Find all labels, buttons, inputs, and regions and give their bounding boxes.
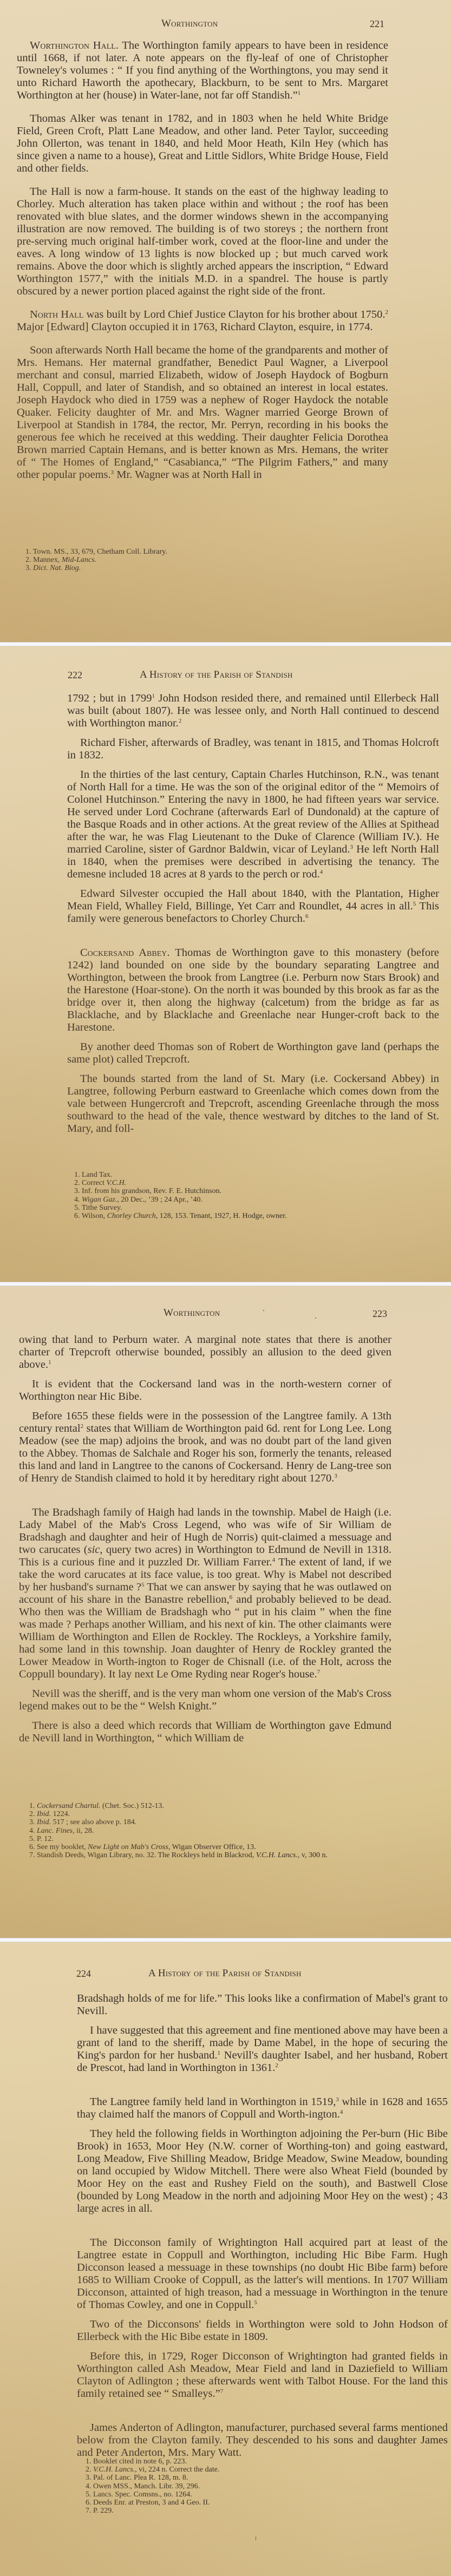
paragraph-cockersand-abbey: Cockersand Abbey. Thomas de Worthington … <box>67 947 439 1034</box>
italic-text: Lanc. Fines <box>37 1827 73 1835</box>
book-page-221: Worthington 221 Worthington Hall. The Wo… <box>0 0 451 642</box>
footnote: 1. Town. MS., 33, 679, Chetham Coll. Lib… <box>25 548 377 556</box>
footnote-ref: 2 <box>179 718 182 724</box>
footnotes: 1. Cockersand Chartul. (Chet. Soc.) 512-… <box>29 1802 392 1859</box>
footnote: 5. Tithe Survey. <box>74 1204 432 1212</box>
footnotes: 1. Land Tax.2. Correct V.C.H.3. Inf. fro… <box>74 1171 432 1220</box>
italic-text: Cockersand Chartul. <box>37 1802 100 1810</box>
footnote-ref: 6 <box>305 913 309 920</box>
footnote-ref: 6 <box>230 1594 233 1601</box>
footnote-ref: 2 <box>81 1423 84 1430</box>
footnote-ref: 3 <box>350 844 353 850</box>
page-number: 223 <box>372 1308 387 1320</box>
paragraph-north-hall: North Hall was built by Lord Chief Justi… <box>17 309 388 333</box>
footnote: 1. Booklet cited in note 6, p. 223. <box>86 2457 437 2466</box>
italic-text: Wigan Gaz. <box>82 1196 117 1204</box>
print-speck <box>263 1310 264 1311</box>
footnote-ref: 5 <box>254 2299 257 2306</box>
page-body: Bradshagh holds of me for life.” This lo… <box>77 1992 448 2459</box>
paragraph-bradshagh-family: The Bradshagh family of Haigh had lands … <box>19 1506 391 1681</box>
paragraph-worthington-hall: Worthington Hall. The Worthington family… <box>17 40 388 102</box>
paragraph-dicconson-family: The Dicconson family of Wrightington Hal… <box>77 2237 448 2311</box>
footnote-ref: 3 <box>111 469 114 476</box>
footnote: 2. Mannex, Mid-Lancs. <box>25 556 377 564</box>
footnote: 5. Lancs. Spec. Comsns., no. 1264. <box>86 2490 437 2499</box>
footnote-ref: 1 <box>48 1359 51 1366</box>
paragraph-continued: Bradshagh holds of me for life.” This lo… <box>77 1992 448 2017</box>
footnotes: 1. Town. MS., 33, 679, Chetham Coll. Lib… <box>25 548 377 573</box>
paragraph-agreement-fine: I have suggested that this agreement and… <box>77 2024 448 2074</box>
page-separator <box>0 1282 451 1286</box>
book-page-223: Worthington 223 owing that land to Perbu… <box>0 1286 451 1938</box>
paragraph-roger-dicconson: Before this, in 1729, Roger Dicconson of… <box>77 2350 448 2400</box>
italic-text: V.C.H. Lancs. <box>93 2466 135 2474</box>
paragraph-dicconson-fields: Two of the Dicconsons' fields in Worthin… <box>77 2318 448 2343</box>
paragraph-captain-hutchinson: In the thirties of the last century, Cap… <box>67 769 439 881</box>
running-head: A History of the Parish of Standish <box>140 669 293 681</box>
page-body: owing that land to Perburn water. A marg… <box>19 1334 391 1745</box>
footnote-ref: 3 <box>334 1473 337 1479</box>
footnote-ref: 5 <box>413 901 416 907</box>
footnote-ref: 7 <box>220 2388 224 2395</box>
paragraph-nevill-sheriff: Nevill was the sheriff, and is the very … <box>19 1688 391 1713</box>
book-page-222: 222 A History of the Parish of Standish … <box>0 646 451 1282</box>
footnote: 2. V.C.H. Lancs., vi, 224 n. Correct the… <box>86 2466 437 2474</box>
footnote-ref: 5 <box>141 1582 145 1588</box>
italic-text: Ibid. <box>37 1818 51 1826</box>
footnote: 4. Wigan Gaz., 20 Dec., ’39 ; 24 Apr., ’… <box>74 1196 432 1204</box>
footnote-ref: 1 <box>152 693 155 699</box>
italic-text: sic <box>88 1544 100 1556</box>
book-page-224: 224 A History of the Parish of Standish … <box>0 1942 451 2576</box>
paragraph-cockersand-land: It is evident that the Cockersand land w… <box>19 1378 391 1403</box>
footnote: 7. P. 229. <box>86 2507 437 2515</box>
paragraph-another-deed: By another deed Thomas son of Robert de … <box>67 1041 439 1066</box>
italic-text: Chorley Church <box>107 1212 156 1220</box>
running-head: Worthington <box>164 1307 220 1319</box>
print-speck <box>256 2536 256 2540</box>
running-head: A History of the Parish of Standish <box>148 1968 302 1979</box>
paragraph-continued: 1792 ; but in 17991 John Hodson resided … <box>67 692 439 730</box>
print-speck <box>315 1318 316 1319</box>
italic-text: Dict. Nat. Biog. <box>33 564 81 572</box>
footnote: 2. Correct V.C.H. <box>74 1179 432 1187</box>
paragraph-thomas-alker: Thomas Alker was tenant in 1782, and in … <box>17 113 388 175</box>
paragraph-mrs-hemans: Soon afterwards North Hall became the ho… <box>17 344 388 481</box>
footnote: 4. Lanc. Fines, ii, 28. <box>29 1827 392 1835</box>
paragraph-bounds: The bounds started from the land of St. … <box>67 1073 439 1135</box>
paragraph-deed-record: There is also a deed which records that … <box>19 1720 391 1745</box>
footnote: 3. Inf. from his grandson, Rev. F. E. Hu… <box>74 1187 432 1195</box>
italic-text: Mid-Lancs. <box>62 556 96 564</box>
paragraph-james-anderton: James Anderton of Adlington, manufacture… <box>77 2422 448 2459</box>
footnote-ref: 3 <box>336 2096 339 2103</box>
footnote-ref: 1 <box>298 90 301 96</box>
footnote: 3. Ibid. 517 ; see also above p. 184. <box>29 1818 392 1826</box>
italic-text: V.C.H. Lancs. <box>256 1851 298 1859</box>
footnote: 3. Pal. of Lanc. Plea R. 128, m. 8. <box>86 2474 437 2482</box>
footnote: 6. Deeds Enr. at Preston, 3 and 4 Geo. I… <box>86 2499 437 2507</box>
page-separator <box>0 642 451 646</box>
footnote: 2. Ibid. 1224. <box>29 1810 392 1818</box>
footnote: 5. P. 12. <box>29 1835 392 1843</box>
section-lead: North Hall <box>30 309 83 320</box>
paragraph-before-1655: Before 1655 these fields were in the pos… <box>19 1410 391 1485</box>
footnote: 7. Standish Deeds, Wigan Library, no. 32… <box>29 1851 392 1859</box>
footnote: 1. Land Tax. <box>74 1171 432 1179</box>
section-lead: Cockersand Abbey <box>80 947 167 959</box>
page-body: Worthington Hall. The Worthington family… <box>17 40 388 481</box>
footnotes: 1. Booklet cited in note 6, p. 223.2. V.… <box>86 2457 437 2515</box>
paragraph-langtree-family: The Langtree family held land in Worthin… <box>77 2096 448 2121</box>
paragraph-continued: owing that land to Perburn water. A marg… <box>19 1334 391 1371</box>
footnote-ref: 4 <box>340 2109 343 2115</box>
italic-text: Ibid. <box>37 1810 51 1818</box>
footnote: 3. Dict. Nat. Biog. <box>25 564 377 572</box>
running-head: Worthington <box>161 18 218 30</box>
footnote-ref: 1 <box>218 2050 221 2056</box>
footnote: 6. See my booklet, New Light on Mab's Cr… <box>29 1843 392 1851</box>
footnote-ref: 2 <box>275 2062 278 2069</box>
italic-text: V.C.H. <box>106 1179 126 1187</box>
section-lead: Worthington Hall <box>30 40 116 51</box>
page-number: 222 <box>68 670 82 681</box>
paragraph-hall-farmhouse: The Hall is now a farm-house. It stands … <box>17 186 388 298</box>
footnote-ref: 4 <box>320 869 323 875</box>
page-number: 221 <box>370 18 384 30</box>
paragraph-edward-silvester: Edward Silvester occupied the Hall about… <box>67 888 439 925</box>
footnote: 1. Cockersand Chartul. (Chet. Soc.) 512-… <box>29 1802 392 1810</box>
page-number: 224 <box>76 1968 91 1979</box>
paragraph-richard-fisher: Richard Fisher, afterwards of Bradley, w… <box>67 737 439 762</box>
footnote: 4. Owen MSS., Manch. Libr. 39, 296. <box>86 2482 437 2490</box>
page-body: 1792 ; but in 17991 John Hodson resided … <box>67 692 439 1135</box>
footnote-ref: 2 <box>385 309 389 316</box>
footnote: 6. Wilson, Chorley Church, 128, 153. Ten… <box>74 1212 432 1220</box>
page-separator <box>0 1938 451 1942</box>
footnote-ref: 7 <box>317 1669 321 1675</box>
italic-text: New Light on Mab's Cross <box>88 1843 168 1851</box>
footnote-ref: 4 <box>272 1557 276 1563</box>
paragraph-fields-perburn: They held the following fields in Worthi… <box>77 2128 448 2215</box>
